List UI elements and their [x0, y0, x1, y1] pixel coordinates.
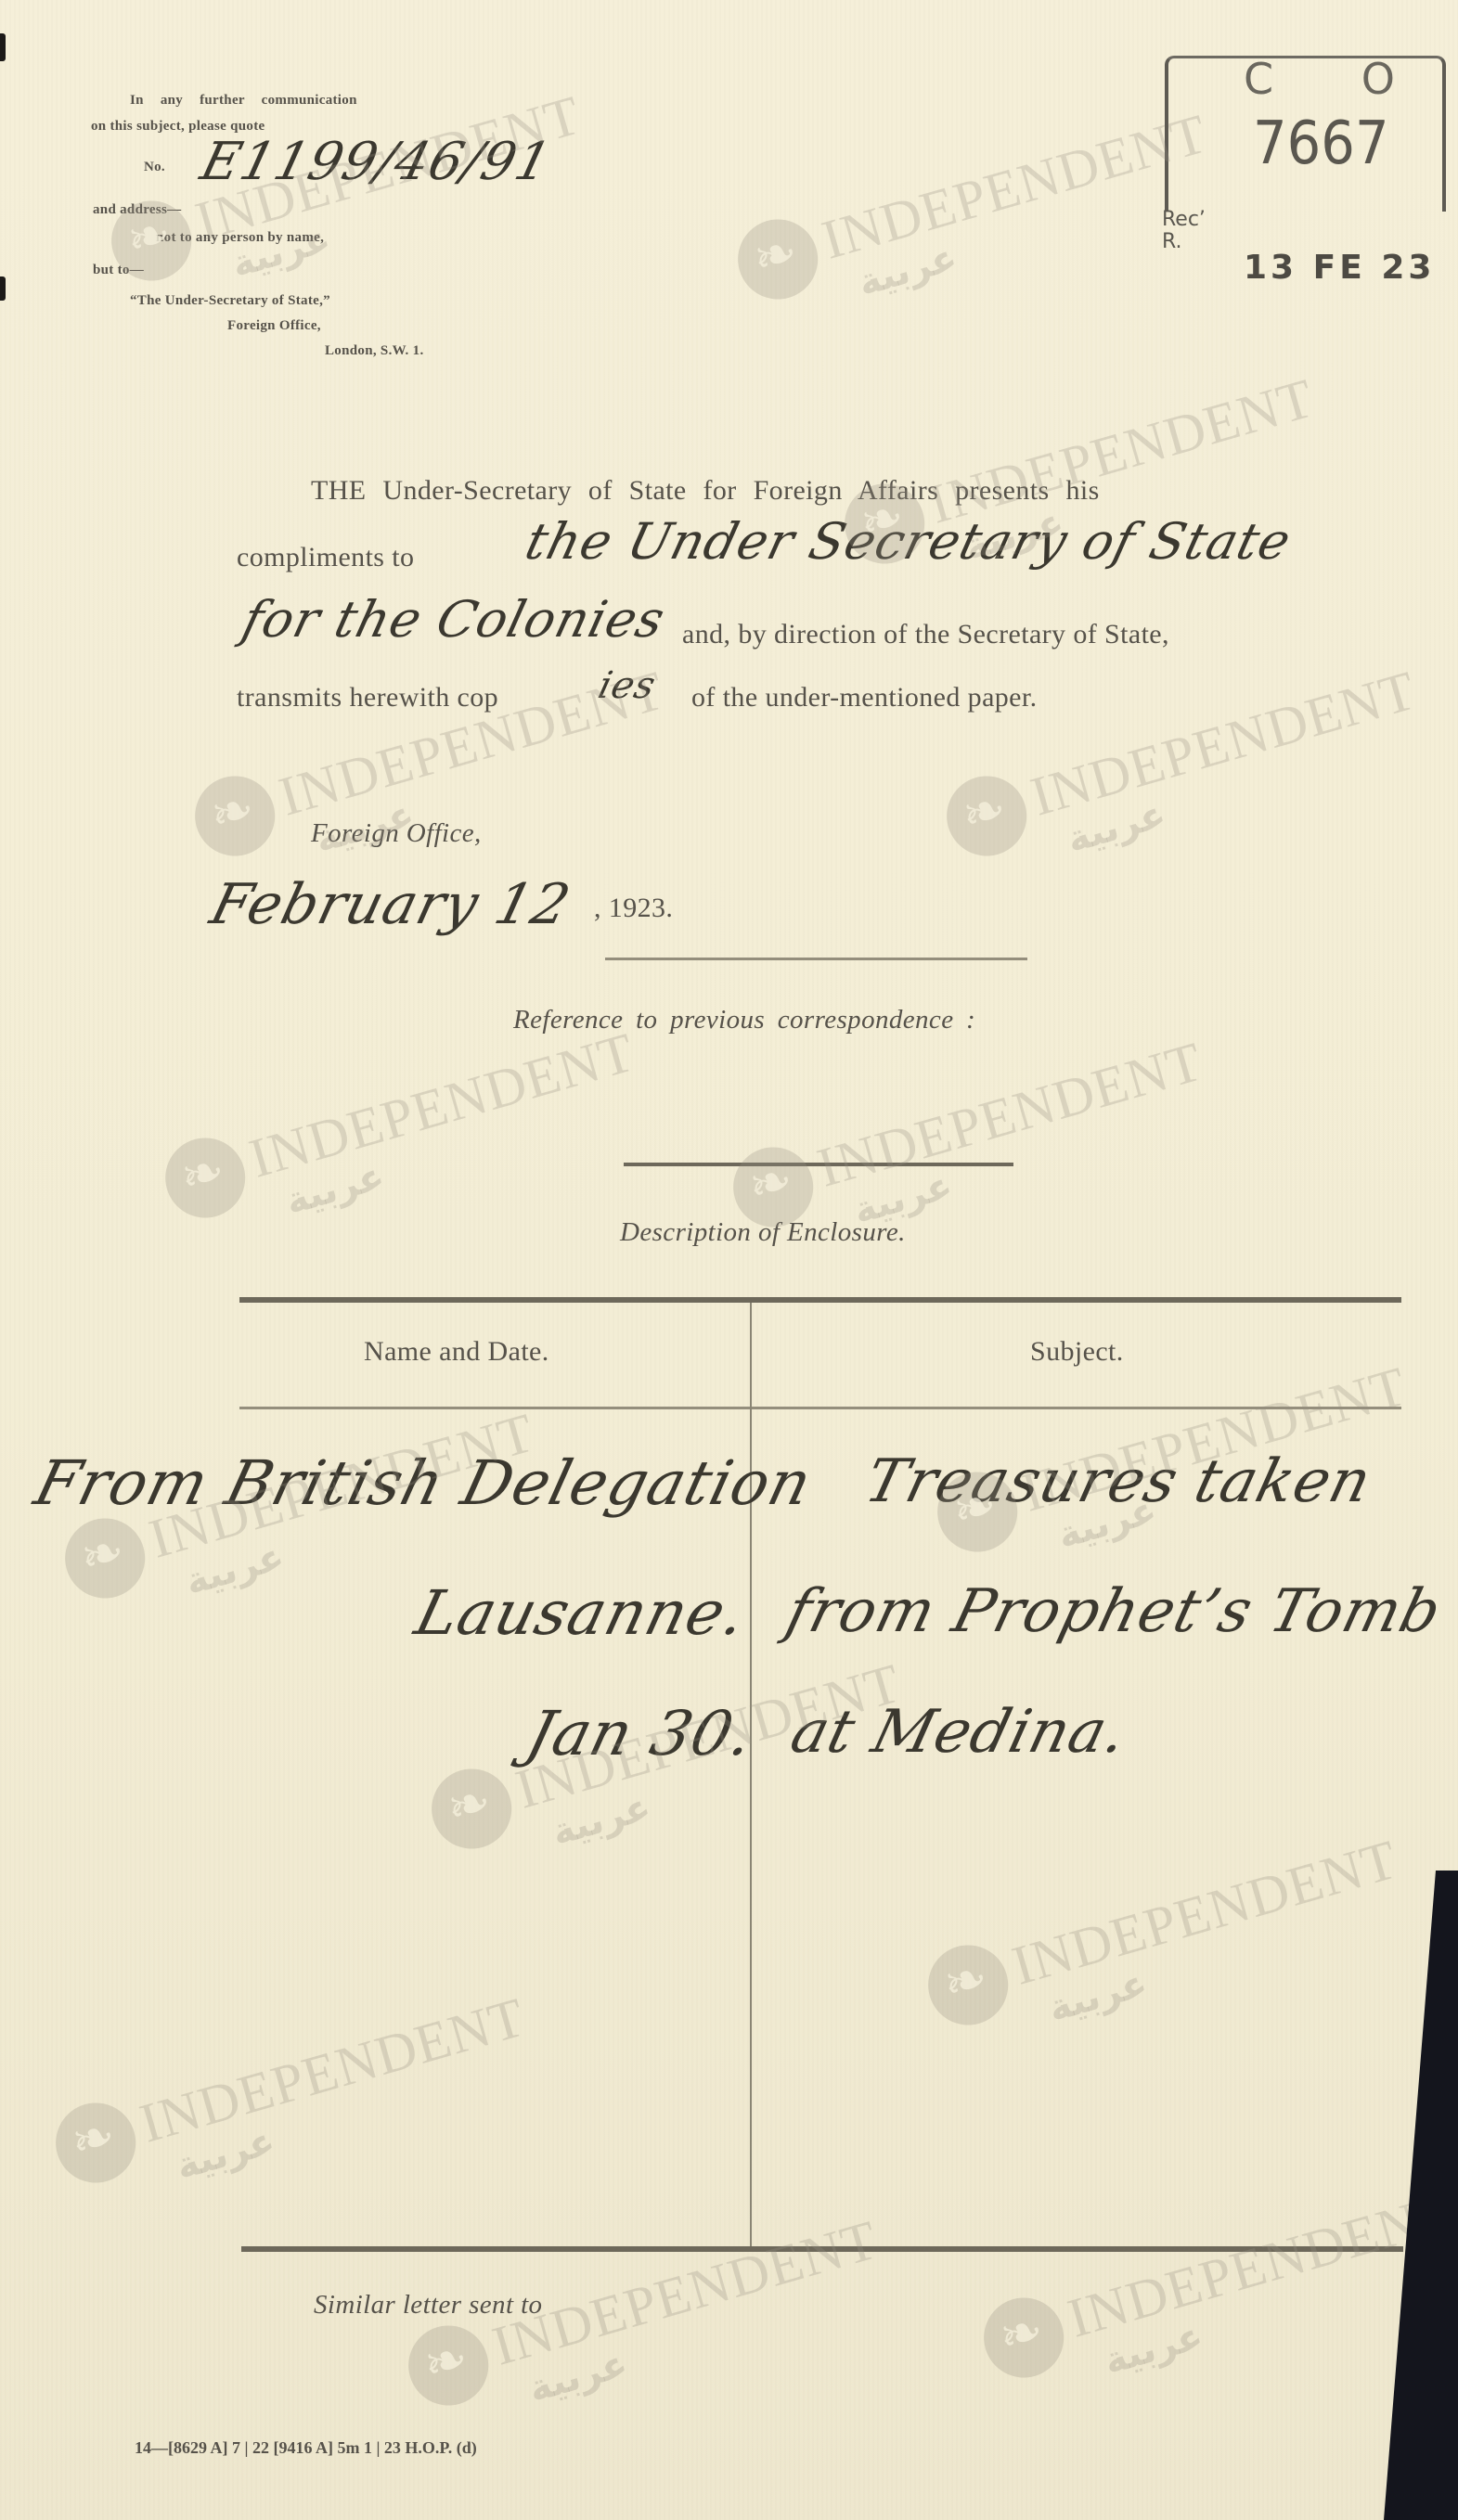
letter-line-1: THE Under-Secretary of State for Foreign… — [311, 475, 1100, 507]
edge-mark — [0, 33, 6, 61]
similar-letter-label: Similar letter sent to — [314, 2290, 542, 2321]
letter-line-4-printed-b: of the under-mentioned paper. — [691, 682, 1038, 714]
ref-line-8: Foreign Office, — [227, 318, 321, 334]
ref-no-value: E1199/46/91 — [195, 132, 558, 192]
paper-background — [0, 0, 1458, 2520]
col-header-name-date: Name and Date. — [364, 1336, 549, 1368]
table-header-rule — [239, 1407, 1401, 1409]
ref-line-7: “The Under-Secretary of State,” — [130, 293, 330, 309]
letter-line-2-recipient: the Under Secretary of State — [520, 512, 1297, 571]
ref-line-6: but to— — [93, 263, 144, 278]
col-header-subject: Subject. — [1030, 1336, 1124, 1368]
origin-date-hand: February 12 — [204, 872, 577, 937]
edge-mark — [0, 276, 6, 301]
letter-line-3-printed: and, by direction of the Secretary of St… — [682, 619, 1169, 650]
divider-rule — [605, 958, 1027, 960]
stamp-dept: C O — [1244, 54, 1432, 104]
reference-label: Reference to previous correspondence : — [513, 1005, 975, 1035]
stamp-received-label: Rec’ R. — [1162, 209, 1206, 253]
table-column-divider — [750, 1303, 752, 2251]
origin-office: Foreign Office, — [311, 818, 482, 849]
ref-no-label: No. — [144, 160, 165, 175]
ref-line-5: not to any person by name, — [156, 230, 324, 246]
ref-line-1: In any further communication — [130, 93, 357, 109]
enclosure-subject-line-2: from Prophet’s Tomb — [780, 1577, 1449, 1646]
divider-rule — [624, 1163, 1013, 1166]
table-top-rule — [239, 1297, 1401, 1303]
letter-line-2-printed: compliments to — [237, 542, 414, 573]
stamp-rec-line-2: R. — [1162, 231, 1206, 253]
enclosure-name-line-2: Lausanne. — [408, 1577, 754, 1649]
ref-line-4: and address— — [93, 202, 181, 218]
enclosure-title: Description of Enclosure. — [620, 1217, 906, 1248]
table-bottom-rule — [241, 2246, 1403, 2252]
stamp-rec-line-1: Rec’ — [1162, 209, 1206, 231]
enclosure-name-line-3: Jan 30. — [520, 1698, 761, 1769]
footer-print-code: 14—[8629 A] 7 | 22 [9416 A] 5m 1 | 23 H.… — [135, 2438, 477, 2458]
letter-line-4-printed-a: transmits herewith cop — [237, 682, 498, 714]
enclosure-subject-line-3: at Medina. — [784, 1698, 1134, 1767]
origin-date-year: , 1923. — [594, 893, 673, 924]
ref-line-9: London, S.W. 1. — [325, 343, 424, 359]
stamp-date: 13 FE 23 — [1244, 249, 1435, 287]
enclosure-subject-line-1: Treasures taken — [858, 1447, 1378, 1516]
letter-line-4-hand: ies — [594, 664, 660, 707]
letter-line-3-recipient: for the Colonies — [237, 590, 671, 649]
stamp-number: 7667 — [1253, 109, 1389, 178]
enclosure-name-line-1: From British Delegation — [28, 1447, 819, 1519]
